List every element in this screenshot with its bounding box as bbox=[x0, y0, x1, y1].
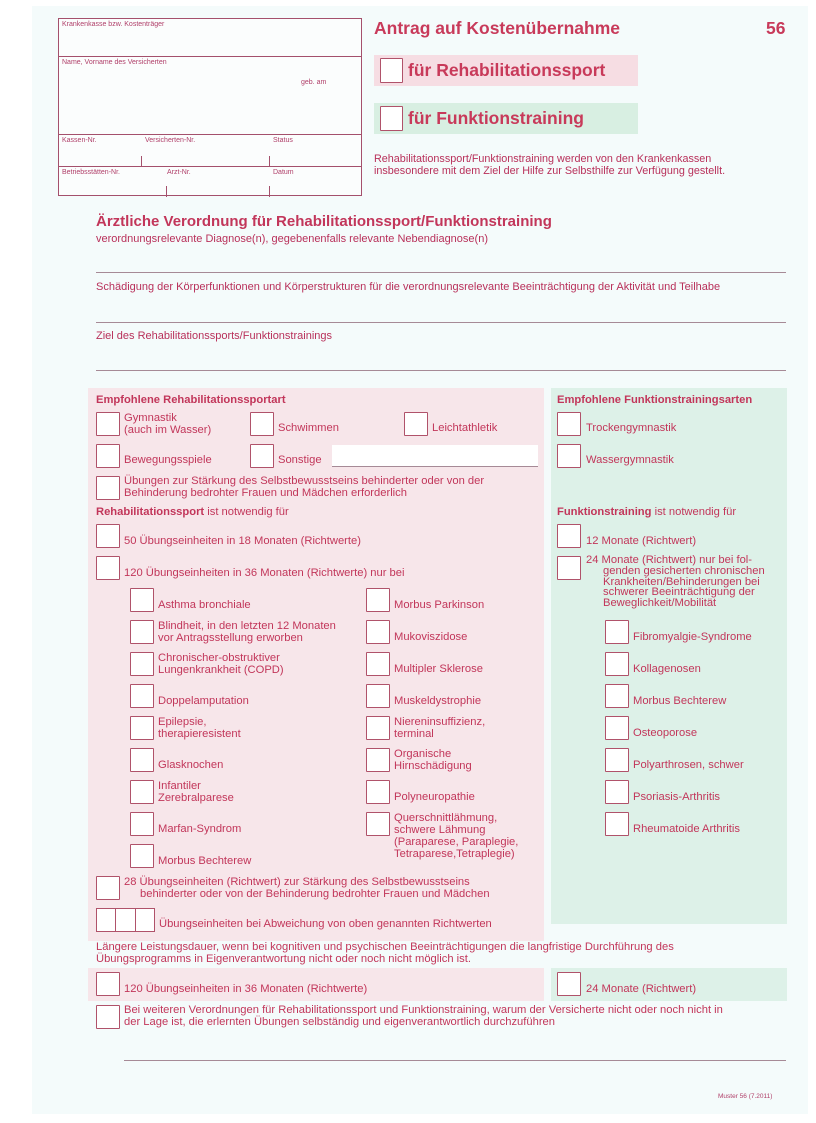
checkbox-leichtathletik[interactable] bbox=[404, 412, 428, 436]
divider bbox=[166, 186, 167, 197]
form-number: 56 bbox=[766, 18, 785, 39]
checkbox-condition[interactable] bbox=[366, 780, 390, 804]
condition-label: Asthma bronchiale bbox=[158, 599, 251, 611]
leichtathletik-label: Leichtathletik bbox=[432, 422, 497, 434]
checkbox-condition[interactable] bbox=[366, 588, 390, 612]
checkbox-condition[interactable] bbox=[130, 780, 154, 804]
checkbox-condition[interactable] bbox=[130, 748, 154, 772]
condition-label: InfantilerZerebralparese bbox=[158, 780, 234, 804]
option-funktion-label: für Funktionstraining bbox=[408, 108, 584, 129]
checkbox-bewegungsspiele[interactable] bbox=[96, 444, 120, 468]
checkbox-120-units[interactable] bbox=[96, 556, 120, 580]
deviation-units-input[interactable] bbox=[96, 908, 154, 932]
divider bbox=[269, 186, 270, 197]
units-120-label: 120 Übungseinheiten in 36 Monaten (Richt… bbox=[124, 567, 404, 579]
name-label: Name, Vorname des Versicherten bbox=[62, 59, 167, 66]
date-label: Datum bbox=[273, 169, 294, 176]
patient-header-box: Krankenkasse bzw. Kostenträger Name, Vor… bbox=[58, 18, 362, 196]
gymnastik-label: Gymnastik(auch im Wasser) bbox=[124, 412, 211, 436]
funktion-heading: Empfohlene Funktionstrainingsarten bbox=[557, 394, 752, 406]
insurer-label: Krankenkasse bzw. Kostenträger bbox=[62, 21, 164, 28]
condition-label: Muskeldystrophie bbox=[394, 695, 481, 707]
checkbox-extended-24-months[interactable] bbox=[557, 972, 581, 996]
reha-need-heading: Rehabilitationssport ist notwendig für bbox=[96, 506, 289, 518]
checkbox-condition[interactable] bbox=[130, 684, 154, 708]
checkbox-condition[interactable] bbox=[605, 652, 629, 676]
checkbox-condition[interactable] bbox=[605, 812, 629, 836]
impairment-input-line[interactable] bbox=[96, 322, 786, 323]
form-title: Antrag auf Kostenübernahme bbox=[374, 18, 620, 39]
condition-label: Psoriasis-Arthritis bbox=[633, 791, 720, 803]
condition-label: Polyarthrosen, schwer bbox=[633, 759, 744, 771]
doctor-row[interactable]: Betriebsstätten-Nr. Arzt-Nr. Datum bbox=[59, 167, 361, 197]
funktion-section bbox=[551, 388, 787, 924]
checkbox-24-months[interactable] bbox=[557, 556, 581, 580]
checkbox-condition[interactable] bbox=[605, 716, 629, 740]
condition-label: Polyneuropathie bbox=[394, 791, 475, 803]
further-prescriptions-text: Bei weiteren Verordnungen für Rehabilita… bbox=[124, 1004, 723, 1028]
insured-no-label: Versicherten-Nr. bbox=[145, 137, 195, 144]
checkbox-condition[interactable] bbox=[366, 620, 390, 644]
extended-duration-text: Längere Leistungsdauer, wenn bei kogniti… bbox=[96, 941, 674, 965]
checkbox-confidence-exercises[interactable] bbox=[96, 476, 120, 500]
condition-label: Niereninsuffizienz,terminal bbox=[394, 716, 485, 740]
schwimmen-label: Schwimmen bbox=[278, 422, 339, 434]
checkbox-condition[interactable] bbox=[605, 684, 629, 708]
bewegungsspiele-label: Bewegungsspiele bbox=[124, 454, 212, 466]
checkbox-wassergymnastik[interactable] bbox=[557, 444, 581, 468]
checkbox-condition[interactable] bbox=[366, 812, 390, 836]
condition-label: Epilepsie,therapieresistent bbox=[158, 716, 241, 740]
condition-label: Kollagenosen bbox=[633, 663, 701, 675]
condition-label: Morbus Parkinson bbox=[394, 599, 484, 611]
wassergymnastik-label: Wassergymnastik bbox=[586, 454, 674, 466]
confidence-exercises-label: Übungen zur Stärkung des Selbstbewusstse… bbox=[124, 475, 484, 499]
doctor-no-label: Arzt-Nr. bbox=[167, 169, 191, 176]
goal-input-line[interactable] bbox=[96, 370, 786, 371]
fund-row[interactable]: Kassen-Nr. Versicherten-Nr. Status bbox=[59, 135, 361, 167]
checkbox-condition[interactable] bbox=[130, 812, 154, 836]
months-24-label: 24 Monate (Richtwert) nur bei fol-genden… bbox=[586, 555, 765, 609]
trockengymnastik-label: Trockengymnastik bbox=[586, 422, 676, 434]
reha-heading: Empfohlene Rehabilitationssportart bbox=[96, 394, 286, 406]
checkbox-condition[interactable] bbox=[605, 748, 629, 772]
checkbox-condition[interactable] bbox=[366, 748, 390, 772]
condition-label: Querschnittlähmung,schwere Lähmung(Parap… bbox=[394, 812, 518, 860]
sonstige-input[interactable] bbox=[332, 445, 538, 467]
status-label: Status bbox=[273, 137, 293, 144]
dob-label: geb. am bbox=[301, 79, 326, 86]
checkbox-condition[interactable] bbox=[130, 652, 154, 676]
site-no-label: Betriebsstätten-Nr. bbox=[62, 169, 120, 176]
checkbox-50-units[interactable] bbox=[96, 524, 120, 548]
checkbox-gymnastik[interactable] bbox=[96, 412, 120, 436]
impairment-label: Schädigung der Körperfunktionen und Körp… bbox=[96, 281, 720, 293]
further-input-line[interactable] bbox=[124, 1060, 786, 1061]
sonstige-label: Sonstige bbox=[278, 454, 322, 466]
condition-label: Blindheit, in den letzten 12 Monatenvor … bbox=[158, 620, 336, 644]
fund-no-label: Kassen-Nr. bbox=[62, 137, 97, 144]
checkbox-28-units[interactable] bbox=[96, 876, 120, 900]
checkbox-12-months[interactable] bbox=[557, 524, 581, 548]
condition-label: Morbus Bechterew bbox=[633, 695, 726, 707]
checkbox-condition[interactable] bbox=[366, 716, 390, 740]
condition-label: Osteoporose bbox=[633, 727, 697, 739]
checkbox-condition[interactable] bbox=[130, 844, 154, 868]
option-funktion-band: für Funktionstraining bbox=[374, 103, 638, 134]
checkbox-schwimmen[interactable] bbox=[250, 412, 274, 436]
condition-label: Morbus Bechterew bbox=[158, 855, 251, 867]
funktion-need-heading: Funktionstraining ist notwendig für bbox=[557, 506, 736, 518]
condition-label: Chronischer-obstruktiverLungenkrankheit … bbox=[158, 652, 284, 676]
extended-120-label: 120 Übungseinheiten in 36 Monaten (Richt… bbox=[124, 983, 367, 995]
intro-text: Rehabilitationssport/Funktionstraining w… bbox=[374, 153, 725, 177]
checkbox-funktion[interactable] bbox=[380, 106, 403, 131]
units-50-label: 50 Übungseinheiten in 18 Monaten (Richtw… bbox=[124, 535, 361, 547]
checkbox-further-prescriptions[interactable] bbox=[96, 1005, 120, 1029]
condition-label: Glasknochen bbox=[158, 759, 223, 771]
checkbox-condition[interactable] bbox=[605, 780, 629, 804]
checkbox-condition[interactable] bbox=[130, 588, 154, 612]
diagnosis-input-line[interactable] bbox=[96, 272, 786, 273]
condition-label: Doppelamputation bbox=[158, 695, 249, 707]
checkbox-condition[interactable] bbox=[366, 684, 390, 708]
insurer-field[interactable]: Krankenkasse bzw. Kostenträger bbox=[59, 19, 361, 57]
condition-label: Rheumatoide Arthritis bbox=[633, 823, 740, 835]
diagnosis-label: verordnungsrelevante Diagnose(n), gegebe… bbox=[96, 233, 488, 245]
form-id: Muster 56 (7.2011) bbox=[718, 1093, 772, 1100]
checkbox-condition[interactable] bbox=[130, 716, 154, 740]
checkbox-condition[interactable] bbox=[130, 620, 154, 644]
checkbox-condition[interactable] bbox=[366, 652, 390, 676]
checkbox-extended-120-units[interactable] bbox=[96, 972, 120, 996]
months-12-label: 12 Monate (Richtwert) bbox=[586, 535, 696, 547]
deviation-label: Übungseinheiten bei Abweichung von oben … bbox=[159, 918, 492, 930]
option-reha-label: für Rehabilitationssport bbox=[408, 60, 605, 81]
checkbox-reha[interactable] bbox=[380, 58, 403, 83]
condition-label: Marfan-Syndrom bbox=[158, 823, 241, 835]
condition-label: OrganischeHirnschädigung bbox=[394, 748, 472, 772]
checkbox-sonstige[interactable] bbox=[250, 444, 274, 468]
condition-label: Multipler Sklerose bbox=[394, 663, 483, 675]
checkbox-condition[interactable] bbox=[605, 620, 629, 644]
condition-label: Fibromyalgie-Syndrome bbox=[633, 631, 752, 643]
name-field[interactable]: Name, Vorname des Versicherten geb. am bbox=[59, 57, 361, 135]
prescription-heading: Ärztliche Verordnung für Rehabilitations… bbox=[96, 213, 552, 230]
option-reha-band: für Rehabilitationssport bbox=[374, 55, 638, 86]
condition-label: Mukoviszidose bbox=[394, 631, 467, 643]
goal-label: Ziel des Rehabilitationssports/Funktions… bbox=[96, 330, 332, 342]
extended-24-label: 24 Monate (Richtwert) bbox=[586, 983, 696, 995]
units-28-label: 28 Übungseinheiten (Richtwert) zur Stärk… bbox=[124, 876, 490, 900]
checkbox-trockengymnastik[interactable] bbox=[557, 412, 581, 436]
divider bbox=[141, 156, 142, 167]
divider bbox=[269, 156, 270, 167]
